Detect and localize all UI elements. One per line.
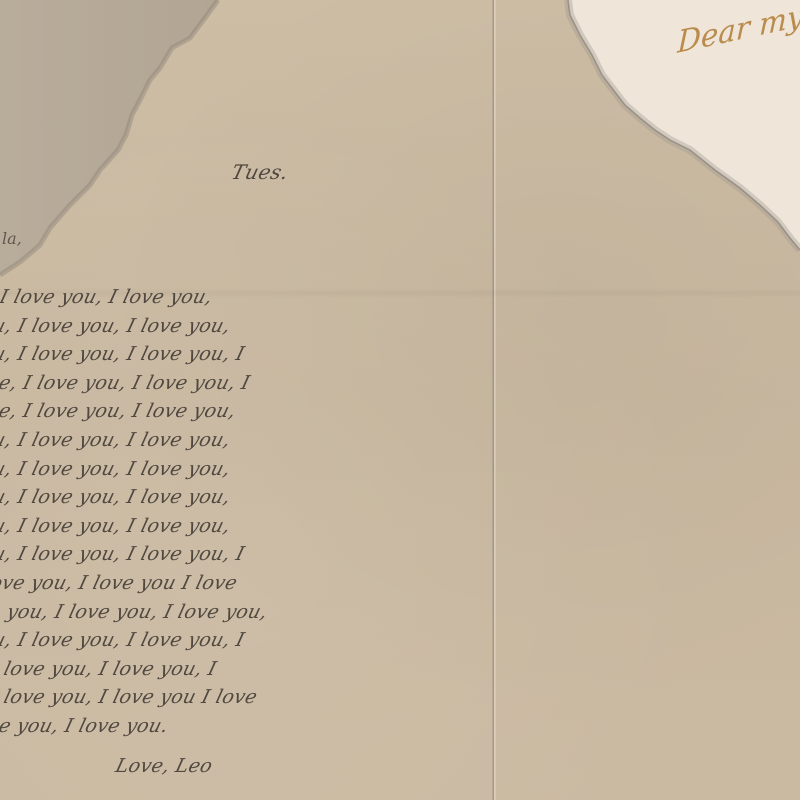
letter-signoff: Love, Leo [113, 755, 215, 777]
letter-line: you, I love you, I love you, [0, 512, 281, 541]
letter-line: love, I love you, I love you, [0, 397, 281, 426]
letter-body: I love you, I love you, you, I love you,… [0, 283, 277, 741]
letter-line: I love you, I love you, I [0, 655, 301, 684]
letter-line: you, I love you, I love you, I [0, 540, 281, 569]
letter-line: I love you, I love you I love [0, 569, 281, 598]
letter-line: you, I love you, I love you, I [0, 626, 281, 655]
scene: la, Dear my Tues. I love you, I love you… [0, 0, 800, 800]
letter-date: Tues. [229, 160, 291, 184]
letter-line: you, I love you, I love you, [0, 455, 281, 484]
letter-line: love, I love you, I love you, I [0, 369, 281, 398]
letter-line: you, I love you, I love you, [0, 483, 281, 512]
letter-line: love you, I love you. [0, 712, 281, 741]
letter-line: love you, I love you, I love you, [0, 598, 271, 627]
letter-line: you, I love you, I love you, [0, 312, 281, 341]
letter-line: I love you, I love you, [0, 283, 311, 312]
letter-line: you, I love you, I love you, I [0, 340, 281, 369]
letter-line: you, I love you, I love you, [0, 426, 281, 455]
letter-line: I love you, I love you I love [0, 683, 301, 712]
